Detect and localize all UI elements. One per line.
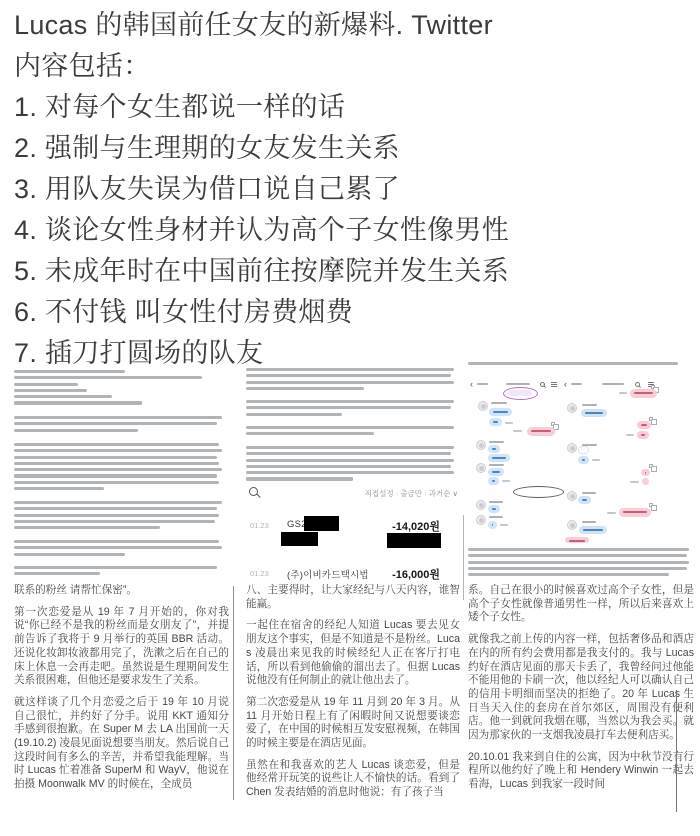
chat-title-text	[571, 383, 582, 385]
chat-bubble-incoming	[488, 445, 500, 453]
avatar	[567, 491, 577, 501]
paragraph: 联系的粉丝 请帮忙保密”。	[14, 584, 229, 598]
chat-timestamp	[592, 459, 600, 461]
transaction-date: 01.23	[250, 521, 269, 530]
post-line: 2. 强制与生理期的女友发生关系	[14, 131, 400, 165]
copy-icon	[649, 503, 653, 507]
redaction-box	[387, 533, 441, 548]
transaction-merchant: (주)이비카드택시법	[287, 567, 369, 581]
copy-icon	[649, 464, 653, 468]
back-chevron-icon: ‹	[564, 381, 567, 387]
illegible-korean-text	[246, 368, 460, 393]
transaction-amount: -16,000원	[360, 566, 440, 582]
chat-bubble-incoming	[578, 446, 589, 454]
chat-timestamp	[502, 480, 510, 482]
chat-name-text	[489, 464, 504, 466]
avatar	[567, 443, 577, 453]
chat-name-text	[489, 441, 504, 443]
chat-name-text	[582, 521, 596, 523]
chat-bubble-highlighted	[527, 427, 555, 436]
chat-bubble-incoming	[489, 418, 502, 426]
avatar	[476, 440, 486, 450]
post-line: Lucas 的韩国前任女友的新爆料. Twitter	[14, 8, 493, 42]
chat-timestamp	[630, 481, 639, 483]
search-icon	[635, 382, 640, 387]
post-line: 3. 用队友失误为借口说自己累了	[14, 172, 400, 206]
post-line: 内容包括：	[14, 49, 151, 83]
illegible-korean-text	[14, 443, 228, 493]
avatar	[567, 403, 577, 413]
chat-bubble-incoming	[581, 409, 607, 417]
search-icon[interactable]	[249, 487, 258, 496]
chat-bubble-incoming	[488, 477, 499, 485]
avatar	[478, 401, 488, 411]
paragraph: 系。自己在很小的时候喜欢过高个子女性，但是高个子女性就像普通男性一样，所以后来喜…	[468, 584, 694, 625]
paragraph: 20.10.01 我来到自住的公寓，因为中秋节没有行程所以他约好了晚上和 Hen…	[468, 751, 694, 792]
chat-bubble-incoming	[488, 454, 510, 462]
illegible-korean-text	[246, 446, 460, 484]
date-pill	[508, 390, 532, 396]
illegible-korean-text	[14, 416, 228, 435]
avatar	[476, 500, 486, 510]
chat-bubble-incoming	[489, 408, 512, 416]
chat-bubble-highlighted	[642, 478, 649, 485]
chat-bubble-incoming	[488, 521, 497, 529]
chat-bubble-highlighted	[630, 389, 657, 398]
paragraph: 就像我之前上传的内容一样，包括奢侈品和酒店在内的所有约会费用都是我支付的。我与 …	[468, 633, 694, 743]
illegible-korean-text	[14, 370, 228, 408]
chat-bubble-incoming	[579, 526, 607, 534]
redaction-box	[304, 516, 339, 531]
weibo-post-screenshot: Lucas 的韩国前任女友的新爆料. Twitter 内容包括： 1. 对每个女…	[0, 0, 700, 836]
avatar	[476, 515, 486, 525]
copy-icon	[551, 422, 555, 426]
chinese-translation-middle: 八、主要得时，让大家经纪与八天内容，谁智能赢。 一起住在宿舍的经纪人知道 Luc…	[246, 584, 460, 812]
chat-timestamp	[607, 512, 616, 514]
chat-name-text	[582, 492, 596, 494]
chat-bubble-incoming	[578, 496, 591, 504]
chat-title-text	[506, 383, 530, 385]
chat-name-text	[489, 516, 503, 518]
chat-bubble-highlighted	[637, 431, 649, 439]
filter-bar-label[interactable]: 직접설정 · 출금만 · 과거순 ∨	[330, 488, 458, 499]
chat-bubble-incoming	[578, 456, 589, 464]
redaction-box	[281, 532, 318, 546]
chat-bubble-highlighted	[619, 508, 651, 517]
chat-bubble-incoming	[488, 505, 500, 513]
post-line: 7. 插刀打圆场的队友	[14, 336, 263, 370]
screenshot-edge-line	[676, 690, 677, 812]
chat-timestamp	[513, 430, 522, 432]
chat-bubble-highlighted	[565, 537, 589, 543]
chat-bubble-incoming	[488, 468, 504, 476]
chat-timestamp	[500, 524, 508, 526]
paragraph: 虽然在和我喜欢的艺人 Lucas 谈恋爱，但是他经常开玩笑的说些让人不愉快的话。…	[246, 759, 460, 800]
chat-timestamp	[626, 434, 634, 436]
chat-name-text	[489, 501, 503, 503]
column-divider	[463, 515, 464, 600]
chat-title-text	[602, 383, 624, 385]
chat-bubble-highlighted	[641, 469, 650, 476]
chat-name-text	[582, 404, 597, 406]
paragraph: 就这样谈了几个月恋爱之后于 19 年 10 月说自己很忙，并约好了分手。说用 K…	[14, 696, 229, 792]
chat-title-text	[477, 383, 488, 385]
annotation-oval	[513, 486, 564, 498]
search-icon	[540, 382, 545, 387]
post-line: 4. 谈论女性身材并认为高个子女性像男性	[14, 213, 509, 247]
column-divider	[233, 586, 234, 800]
chinese-translation-left: 联系的粉丝 请帮忙保密”。 第一次恋爱是从 19 年 7 月开始的，你对我说“你…	[14, 584, 229, 812]
chat-name-text	[491, 402, 507, 404]
chat-bubble-highlighted	[637, 421, 651, 429]
back-chevron-icon: ‹	[470, 381, 473, 387]
post-line: 6. 不付钱 叫女性付房费烟费	[14, 295, 353, 329]
paragraph: 八、主要得时，让大家经纪与八天内容，谁智能赢。	[246, 584, 460, 611]
chinese-translation-right: 系。自己在很小的时候喜欢过高个子女性，但是高个子女性就像普通男性一样，所以后来喜…	[468, 584, 694, 812]
chat-timestamp	[619, 392, 627, 394]
illegible-korean-text	[468, 548, 696, 579]
post-line: 1. 对每个女生都说一样的话	[14, 90, 345, 124]
copy-icon	[649, 417, 653, 421]
paragraph: 一起住在宿舍的经纪人知道 Lucas 要去见女朋友这个事实，但是不知道是不是粉丝…	[246, 619, 460, 688]
transaction-date: 01.23	[250, 569, 269, 578]
illegible-korean-text	[246, 400, 460, 419]
avatar	[476, 463, 486, 473]
illegible-korean-text	[14, 566, 228, 579]
chat-timestamp	[505, 422, 513, 424]
paragraph: 第二次恋爱是从 19 年 11 月到 20 年 3 月。从 11 月开始日程上有…	[246, 696, 460, 751]
illegible-korean-text	[468, 362, 696, 368]
post-line: 5. 未成年时在中国前往按摩院并发生关系	[14, 254, 509, 288]
menu-icon	[551, 382, 557, 387]
illegible-korean-text	[14, 540, 228, 559]
avatar	[567, 520, 577, 530]
paragraph: 第一次恋爱是从 19 年 7 月开始的，你对我说“你已经不是我的粉丝而是女朋友了…	[14, 606, 229, 688]
transaction-amount: -14,020원	[360, 518, 440, 534]
illegible-korean-text	[14, 501, 228, 532]
illegible-korean-text	[246, 426, 460, 439]
